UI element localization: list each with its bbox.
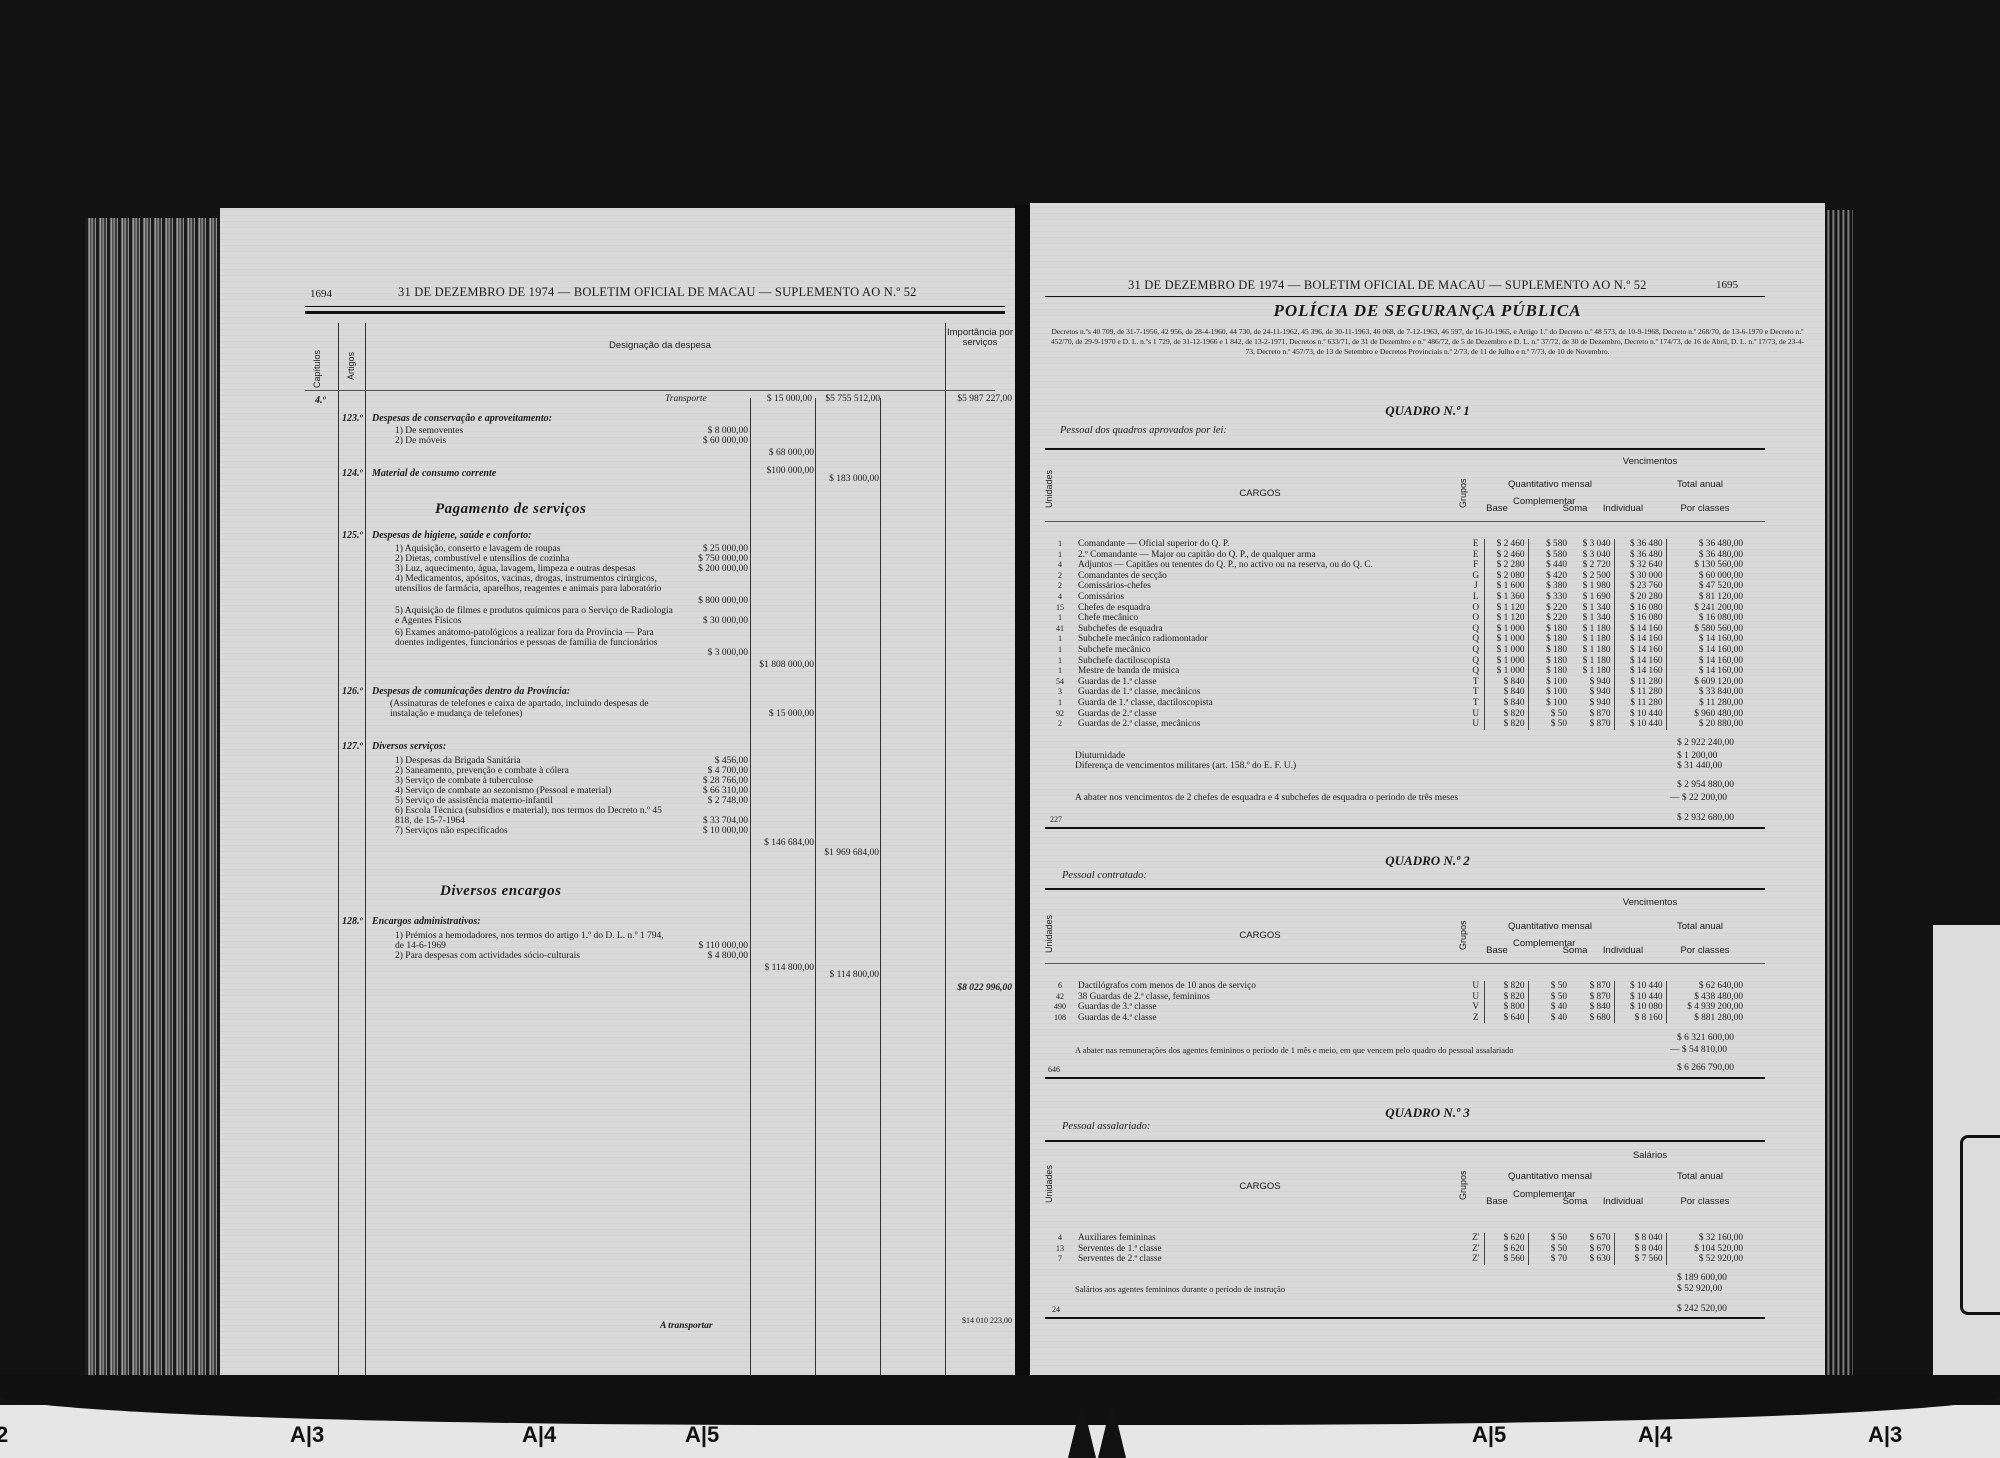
table-top-rule [1045, 448, 1765, 450]
complementar-cell: $ 40 [1528, 1002, 1570, 1013]
line-item: 1) Despesas da Brigada Sanitária [395, 756, 521, 766]
col-vencimentos: Vencimentos [1550, 897, 1750, 908]
base-cell: $ 820 [1484, 709, 1528, 720]
quadro-1-sum: $ 2 922 240,00 [1677, 738, 1734, 748]
por-classes-cell: $ 20 880,00 [1666, 719, 1746, 730]
col-unidades: Unidades [1044, 908, 1054, 953]
table-row: 4Auxiliares femininasZ'$ 620$ 50$ 670$ 8… [1045, 1233, 1746, 1244]
por-classes-cell: $ 47 520,00 [1666, 581, 1746, 592]
individual-cell: $ 11 280 [1614, 698, 1666, 709]
grupo-cell: Z' [1468, 1254, 1484, 1265]
line-amount: $ 200 000,00 [680, 564, 748, 574]
a-transportar-total: $14 010 223,00 [946, 1316, 1012, 1325]
line-item: 6) Escola Técnica (subsídios e material)… [395, 806, 675, 826]
grupo-cell: Q [1468, 666, 1484, 677]
adjacent-frame-shape [1960, 1135, 2000, 1315]
table-row: 1Subchefe mecânico radiomontadorQ$ 1 000… [1045, 634, 1746, 645]
line-item: (Assinaturas de telefones e caixa de apa… [390, 699, 680, 719]
por-classes-cell: $ 14 160,00 [1666, 645, 1746, 656]
unidades-cell: 108 [1045, 1013, 1075, 1024]
base-cell: $ 640 [1484, 1013, 1528, 1024]
cargo-cell: Guardas de 1.ª classe [1075, 677, 1468, 688]
base-cell: $ 1 360 [1484, 592, 1528, 603]
col-base: Base [1483, 1196, 1511, 1207]
article-title: Despesas de comunicações dentro da Proví… [372, 686, 570, 697]
por-classes-cell: $ 4 939 200,00 [1666, 1002, 1746, 1013]
complementar-cell: $ 50 [1528, 719, 1570, 730]
soma-cell: $ 670 [1570, 1233, 1614, 1244]
base-cell: $ 840 [1484, 698, 1528, 709]
unidades-cell: 1 [1045, 698, 1075, 709]
base-cell: $ 620 [1484, 1244, 1528, 1255]
soma-cell: $ 3 040 [1570, 539, 1614, 550]
complementar-cell: $ 180 [1528, 666, 1570, 677]
col-por-classes: Por classes [1670, 503, 1740, 514]
col-total-anual: Total anual [1655, 1171, 1745, 1182]
table-row: 1Chefe mecânicoO$ 1 120$ 220$ 1 340$ 16 … [1045, 613, 1746, 624]
article-title: Material de consumo corrente [372, 468, 496, 479]
unidades-cell: 2 [1045, 571, 1075, 582]
page-number: 1695 [1716, 279, 1738, 291]
line-amount: $ 456,00 [680, 756, 748, 766]
quadro-1-subtotal: $ 2 954 880,00 [1677, 780, 1734, 790]
group-total: $1 969 684,00 [817, 848, 879, 858]
table-row: 4Adjuntos — Capitães ou tenentes do Q. P… [1045, 560, 1746, 571]
cargo-cell: Chefes de esquadra [1075, 603, 1468, 614]
por-classes-cell: $ 438 480,00 [1666, 992, 1746, 1003]
quadro-3-table: 4Auxiliares femininasZ'$ 620$ 50$ 670$ 8… [1045, 1233, 1746, 1265]
line-item: 2) Saneamento, prevenção e combate à cól… [395, 766, 569, 776]
line-item: 6) Exames anátomo-patológicos a realizar… [395, 628, 675, 648]
diuturnidade-label: Diuturnidade [1075, 751, 1125, 761]
cargo-cell: Comandantes de secção [1075, 571, 1468, 582]
article-subtotal: $ 68 000,00 [752, 448, 814, 458]
table-row: 490Guardas de 3.ª classeV$ 800$ 40$ 840$… [1045, 1002, 1746, 1013]
strip-marker: A|3 [1868, 1422, 1902, 1448]
col-total-anual: Total anual [1655, 921, 1745, 932]
table-row: 2Comandantes de secçãoG$ 2 080$ 420$ 2 5… [1045, 571, 1746, 582]
grupo-cell: F [1468, 560, 1484, 571]
soma-cell: $ 3 040 [1570, 550, 1614, 561]
article-subtotal: $1 808 000,00 [752, 660, 814, 670]
col-unidades: Unidades [1044, 1158, 1054, 1203]
line-item: 7) Serviços não especificados [395, 826, 508, 836]
unidades-cell: 4 [1045, 592, 1075, 603]
quadro-3-total: $ 242 520,00 [1677, 1304, 1727, 1314]
por-classes-cell: $ 32 160,00 [1666, 1233, 1746, 1244]
soma-cell: $ 1 180 [1570, 656, 1614, 667]
line-amount: $ 15 000,00 [752, 709, 814, 719]
line-item: 4) Medicamentos, apósitos, vacinas, drog… [395, 574, 675, 594]
base-cell: $ 1 000 [1484, 634, 1528, 645]
grupo-cell: Z' [1468, 1244, 1484, 1255]
grupo-cell: L [1468, 592, 1484, 603]
line-item: 5) Serviço de assistência materno-infant… [395, 796, 553, 806]
individual-cell: $ 14 160 [1614, 634, 1666, 645]
complementar-cell: $ 180 [1528, 624, 1570, 635]
individual-cell: $ 10 440 [1614, 719, 1666, 730]
col-grupos: Grupos [1458, 473, 1468, 508]
unidades-cell: 4 [1045, 1233, 1075, 1244]
base-cell: $ 820 [1484, 981, 1528, 992]
cargo-cell: 38 Guardas de 2.ª classe, femininos [1075, 992, 1468, 1003]
grupo-cell: E [1468, 550, 1484, 561]
table-row: 7Serventes de 2.ª classeZ'$ 560$ 70$ 630… [1045, 1254, 1746, 1265]
line-item: 3) Serviço de combate à tuberculose [395, 776, 533, 786]
soma-cell: $ 680 [1570, 1013, 1614, 1024]
complementar-cell: $ 440 [1528, 560, 1570, 571]
complementar-cell: $ 220 [1528, 603, 1570, 614]
grupo-cell: T [1468, 698, 1484, 709]
table-bottom-rule [1045, 827, 1765, 829]
article-number: 124.º [342, 468, 363, 479]
column-divider [750, 398, 751, 1448]
col-grupos: Grupos [1458, 915, 1468, 950]
quadro-2-subtitle: Pessoal contratado: [1062, 870, 1147, 881]
por-classes-cell: $ 104 520,00 [1666, 1244, 1746, 1255]
diuturnidade-amount: $ 1 200,00 [1677, 751, 1717, 761]
unidades-cell: 13 [1045, 1244, 1075, 1255]
soma-cell: $ 940 [1570, 677, 1614, 688]
transporte-amount-a: $ 15 000,00 [750, 394, 812, 404]
por-classes-cell: $ 11 280,00 [1666, 698, 1746, 709]
col-quantitativo: Quantitativo mensal [1485, 1171, 1615, 1182]
complementar-cell: $ 40 [1528, 1013, 1570, 1024]
base-cell: $ 2 280 [1484, 560, 1528, 571]
running-head: 31 DE DEZEMBRO DE 1974 — BOLETIM OFICIAL… [1128, 278, 1647, 293]
por-classes-cell: $ 62 640,00 [1666, 981, 1746, 992]
soma-cell: $ 870 [1570, 981, 1614, 992]
page-number: 1694 [310, 288, 332, 300]
por-classes-cell: $ 14 160,00 [1666, 656, 1746, 667]
grupo-cell: U [1468, 981, 1484, 992]
group-total: $ 114 800,00 [817, 970, 879, 980]
unidades-cell: 54 [1045, 677, 1075, 688]
col-individual: Individual [1598, 503, 1648, 514]
base-cell: $ 1 000 [1484, 656, 1528, 667]
book-page-edges-left [85, 218, 220, 1378]
running-head: 31 DE DEZEMBRO DE 1974 — BOLETIM OFICIAL… [398, 285, 917, 300]
individual-cell: $ 14 160 [1614, 624, 1666, 635]
soma-cell: $ 1 180 [1570, 634, 1614, 645]
unidades-cell: 1 [1045, 666, 1075, 677]
table-row: 2Comissários-chefesJ$ 1 600$ 380$ 1 980$… [1045, 581, 1746, 592]
table-row: 2Guardas de 2.ª classe, mecânicosU$ 820$… [1045, 719, 1746, 730]
col-por-classes: Por classes [1670, 1196, 1740, 1207]
col-artigos: Artigos [346, 330, 356, 380]
abater-label: A abater nas remunerações dos agentes fe… [1075, 1045, 1514, 1055]
individual-cell: $ 10 440 [1614, 992, 1666, 1003]
individual-cell: $ 11 280 [1614, 687, 1666, 698]
article-subtotal: $100 000,00 [752, 466, 814, 476]
grupo-cell: V [1468, 1002, 1484, 1013]
table-row: 6Dactilógrafos com menos de 10 anos de s… [1045, 981, 1746, 992]
individual-cell: $ 16 080 [1614, 613, 1666, 624]
quadro-3-subtitle: Pessoal assalariado: [1062, 1121, 1150, 1132]
col-designacao: Designação da despesa [550, 340, 770, 351]
por-classes-cell: $ 881 280,00 [1666, 1013, 1746, 1024]
salarios-instrucao-label: Salários aos agentes femininos durante o… [1075, 1284, 1285, 1294]
unidades-cell: 41 [1045, 624, 1075, 635]
strip-marker: A|3 [290, 1422, 324, 1448]
por-classes-cell: $ 16 080,00 [1666, 613, 1746, 624]
article-title: Diversos serviços: [372, 741, 446, 752]
por-classes-cell: $ 609 120,00 [1666, 677, 1746, 688]
line-item: 4) Serviço de combate ao sezonismo (Pess… [395, 786, 611, 796]
col-capitulos: Capítulos [312, 328, 322, 388]
base-cell: $ 840 [1484, 687, 1528, 698]
grupo-cell: U [1468, 709, 1484, 720]
abater-amount: — $ 54 810,00 [1670, 1045, 1727, 1055]
right-page: 31 DE DEZEMBRO DE 1974 — BOLETIM OFICIAL… [1030, 203, 1825, 1378]
col-soma: Soma [1555, 1196, 1595, 1207]
column-header-rule [305, 390, 995, 391]
complementar-cell: $ 180 [1528, 645, 1570, 656]
base-cell: $ 620 [1484, 1233, 1528, 1244]
units-total: 646 [1048, 1065, 1060, 1074]
individual-cell: $ 36 480 [1614, 550, 1666, 561]
soma-cell: $ 670 [1570, 1244, 1614, 1255]
cargo-cell: Subchefe mecânico [1075, 645, 1468, 656]
table-row: 1Comandante — Oficial superior do Q. P.E… [1045, 539, 1746, 550]
cargo-cell: Serventes de 1.ª classe [1075, 1244, 1468, 1255]
cargo-cell: Serventes de 2.ª classe [1075, 1254, 1468, 1265]
cargo-cell: Guardas de 2.ª classe [1075, 709, 1468, 720]
base-cell: $ 820 [1484, 719, 1528, 730]
table-row: 92Guardas de 2.ª classeU$ 820$ 50$ 870$ … [1045, 709, 1746, 720]
soma-cell: $ 1 340 [1570, 603, 1614, 614]
soma-cell: $ 1 180 [1570, 645, 1614, 656]
line-amount: $ 28 766,00 [680, 776, 748, 786]
base-cell: $ 2 080 [1484, 571, 1528, 582]
table-row: 12.º Comandante — Major ou capitão do Q.… [1045, 550, 1746, 561]
section-heading: Pagamento de serviços [435, 501, 586, 518]
table-row: 108Guardas de 4.ª classeZ$ 640$ 40$ 680$… [1045, 1013, 1746, 1024]
strip-notch-right [1098, 1400, 1126, 1458]
section-heading: Diversos encargos [440, 883, 561, 900]
line-item: 2) De móveis [395, 436, 446, 446]
column-divider [365, 323, 366, 1453]
base-cell: $ 820 [1484, 992, 1528, 1003]
individual-cell: $ 14 160 [1614, 645, 1666, 656]
line-amount: $ 8 000,00 [680, 426, 748, 436]
line-amount: $ 4 800,00 [680, 951, 748, 961]
complementar-cell: $ 420 [1528, 571, 1570, 582]
col-soma: Soma [1555, 503, 1595, 514]
quadro-1-total: $ 2 932 680,00 [1677, 813, 1734, 823]
strip-marker: A|4 [522, 1422, 556, 1448]
quadro-3-sum: $ 189 600,00 [1677, 1273, 1727, 1283]
grupo-cell: O [1468, 613, 1484, 624]
column-divider [945, 323, 946, 1458]
grupo-cell: Q [1468, 624, 1484, 635]
strip-marker: A|4 [1638, 1422, 1672, 1448]
table-row: 15Chefes de esquadraO$ 1 120$ 220$ 1 340… [1045, 603, 1746, 614]
strip-notch-left [1068, 1400, 1096, 1458]
cargo-cell: Guardas de 4.ª classe [1075, 1013, 1468, 1024]
soma-cell: $ 1 180 [1570, 624, 1614, 635]
complementar-cell: $ 50 [1528, 1244, 1570, 1255]
por-classes-cell: $ 241 200,00 [1666, 603, 1746, 614]
complementar-cell: $ 100 [1528, 698, 1570, 709]
por-classes-cell: $ 580 560,00 [1666, 624, 1746, 635]
col-salarios: Salários [1590, 1150, 1710, 1161]
soma-cell: $ 870 [1570, 719, 1614, 730]
strip-marker: A|5 [685, 1422, 719, 1448]
cargo-cell: 2.º Comandante — Major ou capitão do Q. … [1075, 550, 1468, 561]
col-complementar: Complementar [1513, 1190, 1553, 1200]
column-divider [880, 398, 881, 1448]
base-cell: $ 1 120 [1484, 603, 1528, 614]
a-transportar-label: A transportar [660, 1321, 713, 1331]
unidades-cell: 3 [1045, 687, 1075, 698]
unidades-cell: 7 [1045, 1254, 1075, 1265]
line-amount: $ 110 000,00 [680, 941, 748, 951]
base-cell: $ 840 [1484, 677, 1528, 688]
unidades-cell: 4 [1045, 560, 1075, 571]
chapter-total: $8 022 996,00 [946, 983, 1012, 993]
book-gutter [1015, 205, 1030, 1385]
base-cell: $ 560 [1484, 1254, 1528, 1265]
cargo-cell: Guardas de 1.ª classe, mecânicos [1075, 687, 1468, 698]
line-amount: $ 33 704,00 [680, 816, 748, 826]
group-total: $ 183 000,00 [817, 474, 879, 484]
line-amount: $ 2 748,00 [680, 796, 748, 806]
por-classes-cell: $ 36 480,00 [1666, 539, 1746, 550]
soma-cell: $ 2 720 [1570, 560, 1614, 571]
grupo-cell: T [1468, 687, 1484, 698]
article-number: 126.º [342, 686, 363, 697]
header-rule-thick [305, 311, 1005, 314]
grupo-cell: E [1468, 539, 1484, 550]
cargo-cell: Subchefe mecânico radiomontador [1075, 634, 1468, 645]
grupo-cell: Q [1468, 656, 1484, 667]
header-bottom-rule [1045, 521, 1765, 522]
soma-cell: $ 1 340 [1570, 613, 1614, 624]
book-page-edges-right [1825, 210, 1853, 1380]
chapter-number: 4.º [315, 395, 326, 406]
complementar-cell: $ 380 [1528, 581, 1570, 592]
unidades-cell: 15 [1045, 603, 1075, 614]
table-row: 1Subchefe mecânicoQ$ 1 000$ 180$ 1 180$ … [1045, 645, 1746, 656]
unidades-cell: 6 [1045, 981, 1075, 992]
por-classes-cell: $ 52 920,00 [1666, 1254, 1746, 1265]
unidades-cell: 1 [1045, 550, 1075, 561]
line-item: 1) De semoventes [395, 426, 463, 436]
individual-cell: $ 10 440 [1614, 709, 1666, 720]
soma-cell: $ 840 [1570, 1002, 1614, 1013]
por-classes-cell: $ 960 480,00 [1666, 709, 1746, 720]
cargo-cell: Guardas de 2.ª classe, mecânicos [1075, 719, 1468, 730]
article-title: Despesas de conservação e aproveitamento… [372, 413, 552, 424]
cargo-cell: Chefe mecânico [1075, 613, 1468, 624]
col-por-classes: Por classes [1670, 945, 1740, 956]
quadro-1-subtitle: Pessoal dos quadros aprovados por lei: [1060, 425, 1227, 436]
table-row: 4ComissáriosL$ 1 360$ 330$ 1 690$ 20 280… [1045, 592, 1746, 603]
base-cell: $ 1 000 [1484, 645, 1528, 656]
quadro-2-sum: $ 6 321 600,00 [1677, 1033, 1734, 1043]
cargo-cell: Subchefe dactiloscopista [1075, 656, 1468, 667]
table-row: 4238 Guardas de 2.ª classe, femininosU$ … [1045, 992, 1746, 1003]
cargo-cell: Dactilógrafos com menos de 10 anos de se… [1075, 981, 1468, 992]
individual-cell: $ 11 280 [1614, 677, 1666, 688]
col-base: Base [1483, 503, 1511, 514]
por-classes-cell: $ 60 000,00 [1666, 571, 1746, 582]
complementar-cell: $ 330 [1528, 592, 1570, 603]
line-item: 5) Aquisição de filmes e produtos químic… [395, 606, 675, 626]
individual-cell: $ 7 560 [1614, 1254, 1666, 1265]
base-cell: $ 1 600 [1484, 581, 1528, 592]
quadro-2-total: $ 6 266 790,00 [1677, 1063, 1734, 1073]
individual-cell: $ 20 280 [1614, 592, 1666, 603]
complementar-cell: $ 100 [1528, 677, 1570, 688]
col-complementar: Complementar [1513, 939, 1553, 949]
complementar-cell: $ 580 [1528, 550, 1570, 561]
complementar-cell: $ 180 [1528, 656, 1570, 667]
soma-cell: $ 870 [1570, 992, 1614, 1003]
soma-cell: $ 1 180 [1570, 666, 1614, 677]
abater-amount: — $ 22 200,00 [1670, 793, 1727, 803]
quadro-1-title: QUADRO N.º 1 [1030, 403, 1825, 419]
table-bottom-rule [1045, 1077, 1765, 1079]
col-quantitativo: Quantitativo mensal [1485, 921, 1615, 932]
unidades-cell: 1 [1045, 613, 1075, 624]
soma-cell: $ 1 690 [1570, 592, 1614, 603]
cargo-cell: Comissários [1075, 592, 1468, 603]
grupo-cell: T [1468, 677, 1484, 688]
soma-cell: $ 2 500 [1570, 571, 1614, 582]
diferenca-label: Diferença de vencimentos militares (art.… [1075, 761, 1296, 771]
por-classes-cell: $ 33 840,00 [1666, 687, 1746, 698]
table-row: 13Serventes de 1.ª classeZ'$ 620$ 50$ 67… [1045, 1244, 1746, 1255]
col-soma: Soma [1555, 945, 1595, 956]
left-page: 1694 31 DE DEZEMBRO DE 1974 — BOLETIM OF… [220, 208, 1015, 1380]
individual-cell: $ 30 000 [1614, 571, 1666, 582]
line-amount: $ 66 310,00 [680, 786, 748, 796]
individual-cell: $ 8 160 [1614, 1013, 1666, 1024]
line-item: 2) Para despesas com actividades sócio-c… [395, 951, 580, 961]
unidades-cell: 2 [1045, 581, 1075, 592]
table-bottom-rule [1045, 1317, 1765, 1319]
transporte-label: Transporte [665, 394, 707, 404]
col-individual: Individual [1598, 1196, 1648, 1207]
article-number: 127.º [342, 741, 363, 752]
header-rule-thin [305, 306, 1005, 307]
line-amount: $ 25 000,00 [680, 544, 748, 554]
grupo-cell: J [1468, 581, 1484, 592]
table-row: 1Subchefe dactiloscopistaQ$ 1 000$ 180$ … [1045, 656, 1746, 667]
cargo-cell: Comandante — Oficial superior do Q. P. [1075, 539, 1468, 550]
quadro-2-title: QUADRO N.º 2 [1030, 853, 1825, 869]
units-total: 24 [1052, 1305, 1060, 1314]
complementar-cell: $ 580 [1528, 539, 1570, 550]
table-row: 1Guarda de 1.ª classe, dactiloscopistaT$… [1045, 698, 1746, 709]
col-cargos: CARGOS [1210, 930, 1310, 941]
decree-references: Decretos n.ºs 40 709, de 31-7-1956, 42 9… [1050, 327, 1805, 357]
complementar-cell: $ 100 [1528, 687, 1570, 698]
grupo-cell: Q [1468, 634, 1484, 645]
col-importancia: Importância por serviços [945, 328, 1015, 348]
diferenca-amount: $ 31 440,00 [1677, 761, 1722, 771]
soma-cell: $ 630 [1570, 1254, 1614, 1265]
units-total: 227 [1050, 815, 1062, 824]
complementar-cell: $ 50 [1528, 981, 1570, 992]
unidades-cell: 1 [1045, 656, 1075, 667]
transporte-total: $5 987 227,00 [946, 394, 1012, 404]
document-title: POLÍCIA DE SEGURANÇA PÚBLICA [1030, 301, 1825, 321]
cargo-cell: Guardas de 3.ª classe [1075, 1002, 1468, 1013]
individual-cell: $ 32 640 [1614, 560, 1666, 571]
